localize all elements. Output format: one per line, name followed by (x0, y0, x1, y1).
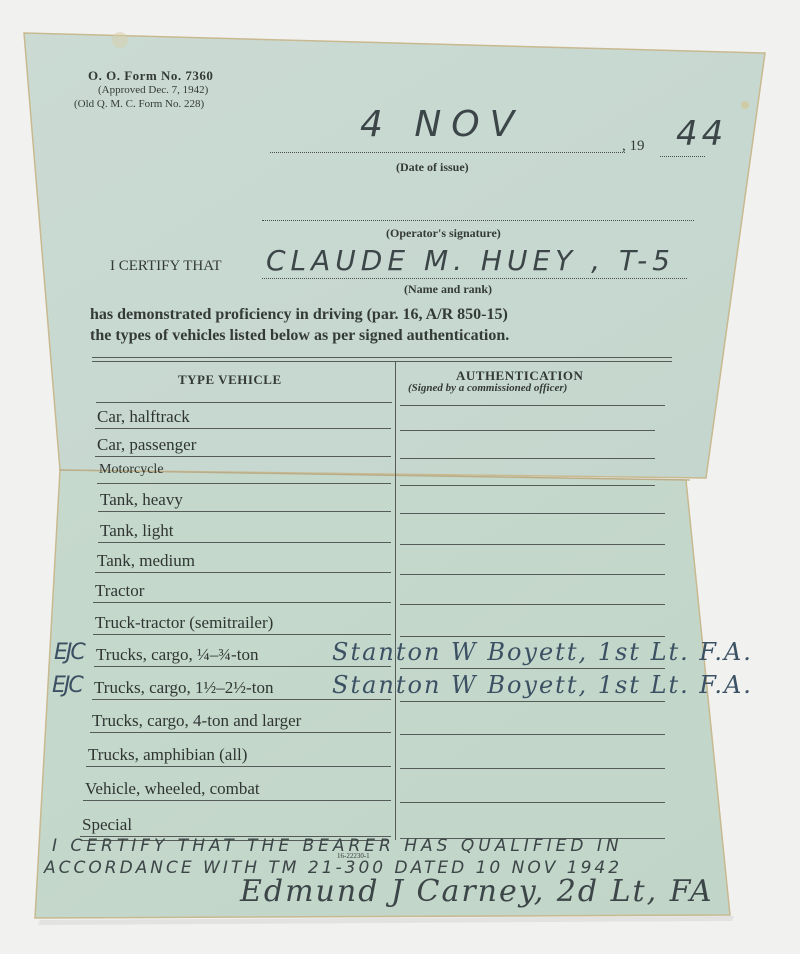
operator-signature-line[interactable] (262, 220, 694, 221)
officer-initials: EJC (54, 640, 84, 665)
vehicle-type-label: Truck-tractor (semitrailer) (95, 613, 273, 633)
vehicle-type-label: Trucks, amphibian (all) (88, 745, 247, 765)
vehicle-type-label: Trucks, cargo, ¼–¾-ton (96, 645, 258, 665)
col-header-authentication-sub: (Signed by a commissioned officer) (408, 382, 567, 394)
form-old-number: (Old Q. M. C. Form No. 228) (74, 98, 204, 110)
row-rule-right (400, 574, 665, 575)
certifying-officer-signature: Edmund J Carney, 2d Lt, FA (240, 874, 714, 909)
vehicle-type-label: Car, passenger (97, 435, 196, 455)
row-rule-right (400, 485, 655, 486)
row-rule-right (400, 768, 665, 769)
col-header-type-vehicle: TYPE VEHICLE (178, 372, 282, 388)
row-rule-right (400, 458, 655, 459)
date-of-issue-line (270, 152, 625, 153)
operator-signature-caption: (Operator's signature) (386, 226, 501, 241)
row-rule-right (400, 668, 665, 669)
date-of-issue-caption: (Date of issue) (396, 160, 469, 175)
row-rule-left (97, 483, 391, 484)
header-bottom-rule-left (96, 402, 392, 403)
row-rule-right (400, 802, 665, 803)
row-rule-left (95, 428, 391, 429)
row-rule-right (400, 513, 665, 514)
row-rule-left (98, 511, 391, 512)
table-top-rule-2 (92, 361, 672, 362)
row-rule-left (92, 699, 391, 700)
row-rule-left (94, 666, 391, 667)
row-rule-right (400, 636, 665, 637)
date-year-value: 44 (676, 114, 727, 154)
row-rule-right (400, 604, 665, 605)
row-rule-left (93, 634, 391, 635)
date-of-issue-value: 4 NOV (360, 104, 524, 145)
row-rule-right (400, 734, 665, 735)
vehicle-type-label: Car, halftrack (97, 407, 190, 427)
row-rule-left (90, 732, 391, 733)
vehicle-type-label: Tank, light (100, 521, 173, 541)
form-number: O. O. Form No. 7360 (88, 68, 213, 84)
vehicle-type-label: Special (82, 815, 132, 835)
driver-permit-card: O. O. Form No. 7360 (Approved Dec. 7, 19… (0, 0, 800, 954)
table-top-rule (92, 357, 672, 358)
row-rule-left (95, 456, 391, 457)
vehicle-type-label: Tank, medium (97, 551, 195, 571)
officer-initials: EJC (52, 673, 82, 698)
header-bottom-rule-right (400, 405, 665, 406)
row-rule-left (95, 572, 391, 573)
row-rule-left (83, 800, 391, 801)
date-year-prefix: , 19 (622, 138, 645, 155)
name-rank-caption: (Name and rank) (404, 282, 492, 297)
vehicle-type-label: Tractor (95, 581, 144, 601)
date-year-line (660, 156, 705, 157)
form-approved-date: (Approved Dec. 7, 1942) (98, 84, 208, 96)
name-rank-line (262, 278, 687, 279)
name-and-rank-value: CLAUDE M. HUEY , T-5 (266, 244, 675, 277)
vehicle-type-label: Trucks, cargo, 4-ton and larger (92, 711, 301, 731)
row-rule-right (400, 701, 665, 702)
row-rule-left (93, 602, 391, 603)
row-rule-right (400, 430, 655, 431)
row-rule-left (86, 766, 391, 767)
row-rule-right (400, 544, 665, 545)
vehicle-type-label: Motorcycle (99, 462, 164, 478)
certification-body-line2: the types of vehicles listed below as pe… (90, 327, 509, 345)
vehicle-type-label: Tank, heavy (100, 490, 183, 510)
certify-lead: I CERTIFY THAT (110, 258, 222, 275)
certification-body-line1: has demonstrated proficiency in driving … (90, 306, 508, 324)
row-rule-left (98, 542, 391, 543)
vehicle-type-label: Vehicle, wheeled, combat (85, 779, 260, 799)
vehicle-type-label: Trucks, cargo, 1½–2½-ton (94, 678, 273, 698)
column-divider (395, 362, 396, 840)
